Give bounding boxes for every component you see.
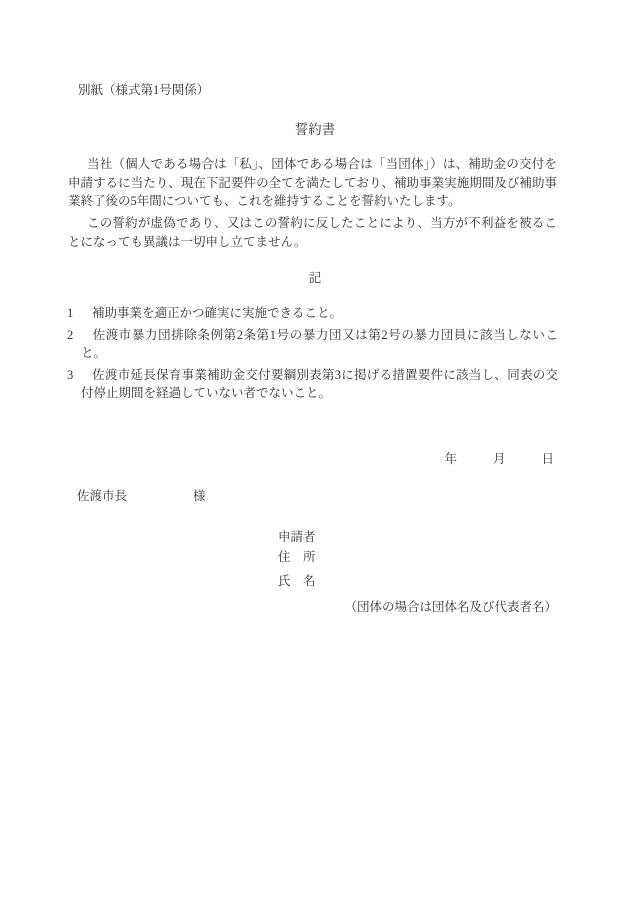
addressee-honorific: 様 (193, 489, 206, 503)
list-item-3-text: 佐渡市延長保育事業補助金交付要綱別表第3に掲げる措置要件に該当し、同表の交付停止… (81, 368, 558, 401)
attachment-form-label: 別紙（様式第1号関係） (78, 80, 209, 98)
list-item-3: 3佐渡市延長保育事業補助金交付要綱別表第3に掲げる措置要件に該当し、同表の交付停… (67, 366, 558, 403)
conditions-list: 1補助事業を適正かつ確実に実施できること。 2佐渡市暴力団排除条例第2条第1号の… (67, 304, 558, 406)
date-day-label: 日 (541, 452, 554, 466)
date-year-label: 年 (444, 452, 457, 466)
applicant-name-label: 氏 名 (278, 572, 316, 591)
section-marker-ki: 記 (0, 268, 630, 286)
body-paragraph-pledge: 当社（個人である場合は「私」、団体である場合は「当団体」）は、補助金の交付を申請… (68, 155, 557, 211)
list-item-3-number: 3 (67, 366, 92, 385)
document-page: 別紙（様式第1号関係） 誓約書 当社（個人である場合は「私」、団体である場合は「… (0, 0, 630, 903)
document-title: 誓約書 (0, 118, 630, 138)
applicant-label: 申請者 (278, 528, 316, 547)
list-item-2: 2佐渡市暴力団排除条例第2条第1号の暴力団又は第2号の暴力団員に該当しないこと。 (67, 326, 558, 363)
list-item-2-number: 2 (67, 326, 92, 345)
body-paragraph-no-objection: この誓約が虚偽であり、又はこの誓約に反したことにより、当方が不利益を被ることにな… (68, 214, 557, 251)
applicant-block: 申請者 住 所 氏 名 (278, 528, 316, 591)
list-item-2-text: 佐渡市暴力団排除条例第2条第1号の暴力団又は第2号の暴力団員に該当しないこと。 (81, 328, 558, 361)
list-item-1-number: 1 (67, 304, 92, 323)
date-line: 年月日 (0, 449, 630, 467)
group-name-note: （団体の場合は団体名及び代表者名） (0, 597, 630, 615)
addressee-line: 佐渡市長様 (77, 486, 206, 504)
applicant-address-label: 住 所 (278, 548, 316, 567)
list-item-1-text: 補助事業を適正かつ確実に実施できること。 (92, 306, 342, 320)
list-item-1: 1補助事業を適正かつ確実に実施できること。 (67, 304, 558, 323)
addressee-name: 佐渡市長 (77, 489, 127, 503)
date-month-label: 月 (493, 452, 506, 466)
